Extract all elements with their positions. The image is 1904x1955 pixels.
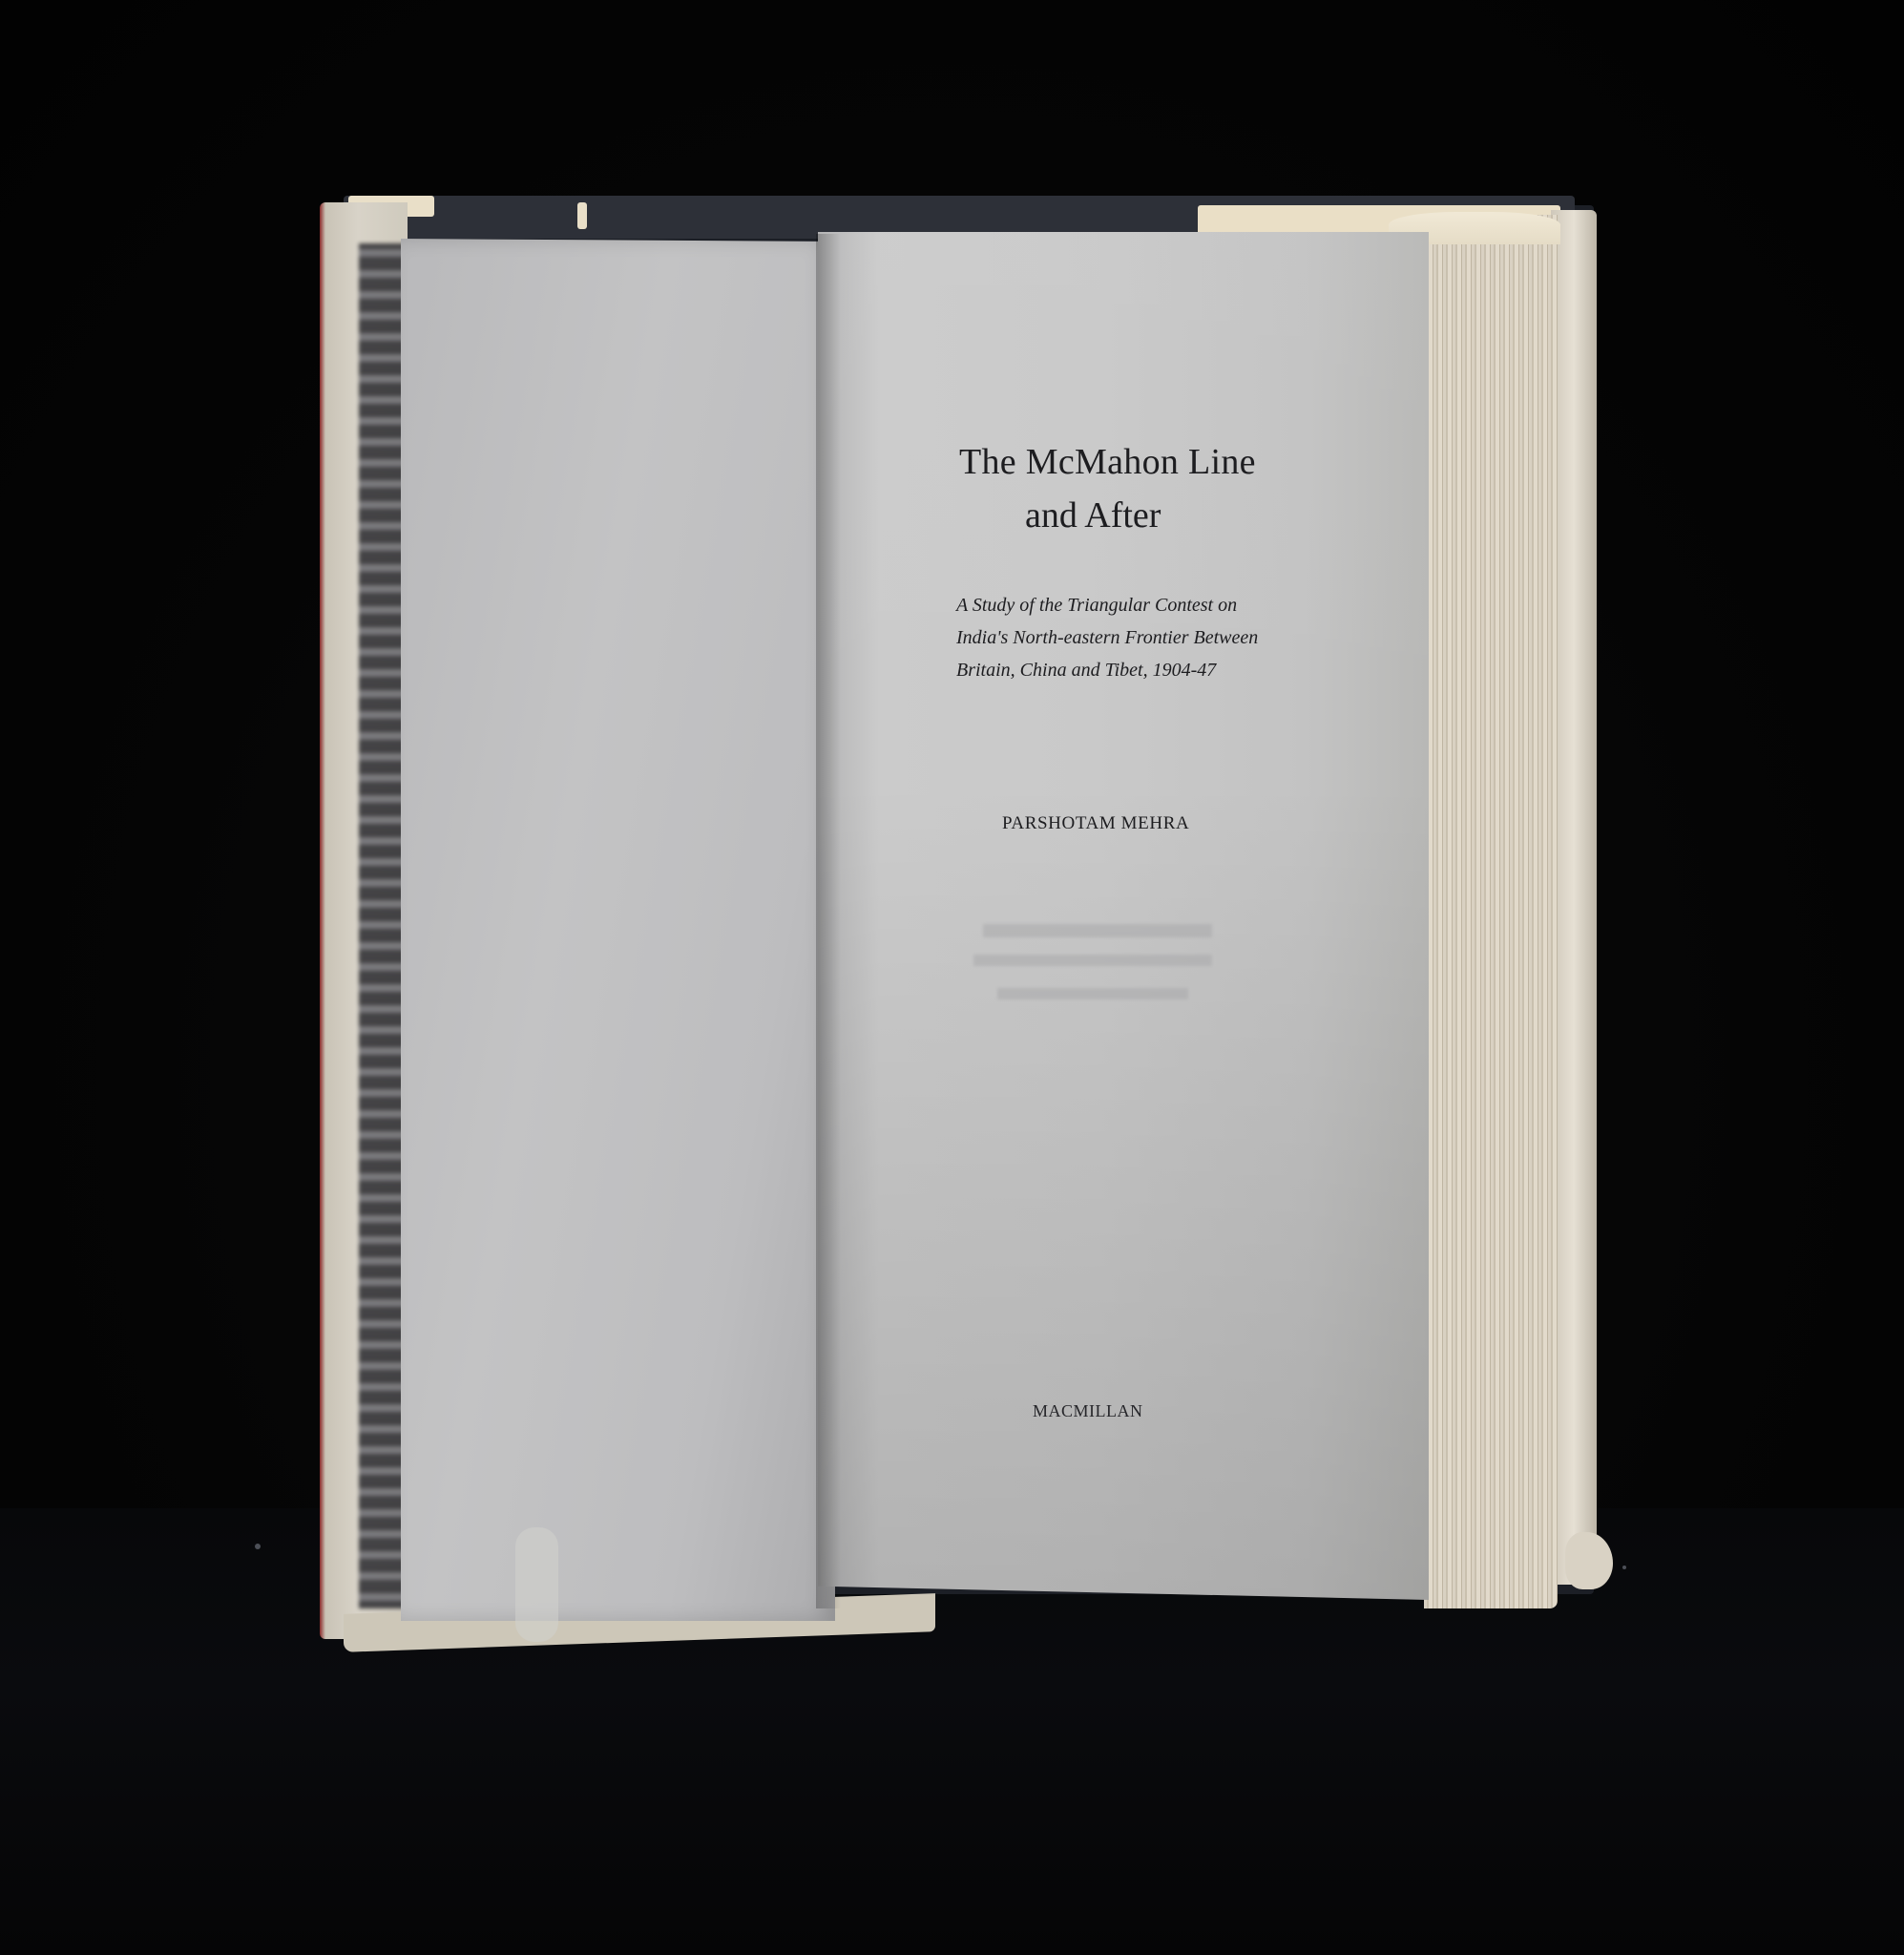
show-through-text — [997, 988, 1188, 999]
dust-speck — [1622, 1566, 1626, 1569]
book-subtitle: A Study of the Triangular Contest on Ind… — [956, 589, 1243, 686]
book-title-line-2: and After — [1025, 494, 1161, 536]
book-gutter — [816, 234, 841, 1608]
show-through-text — [973, 955, 1212, 966]
dust-jacket-right-edge — [1551, 210, 1597, 1585]
page-block-fore-edge — [1424, 215, 1558, 1608]
book-title-line-1: The McMahon Line — [959, 441, 1256, 483]
show-through-text — [916, 795, 921, 815]
author-name: PARSHOTAM MEHRA — [1002, 813, 1189, 834]
title-page — [818, 232, 1429, 1600]
publisher-name: MACMILLAN — [1033, 1401, 1143, 1421]
show-through-text — [983, 924, 1212, 937]
jacket-tear — [577, 202, 587, 229]
dust-speck — [255, 1544, 261, 1549]
subtitle-line-1: A Study of the Triangular Contest on — [956, 589, 1243, 621]
left-endpaper — [401, 239, 835, 1621]
subtitle-line-3: Britain, China and Tibet, 1904-47 — [956, 654, 1243, 686]
jacket-flap-text-blur — [359, 243, 405, 1608]
subtitle-line-2: India's North-eastern Frontier Between — [956, 621, 1243, 654]
tape-strip — [515, 1527, 558, 1642]
